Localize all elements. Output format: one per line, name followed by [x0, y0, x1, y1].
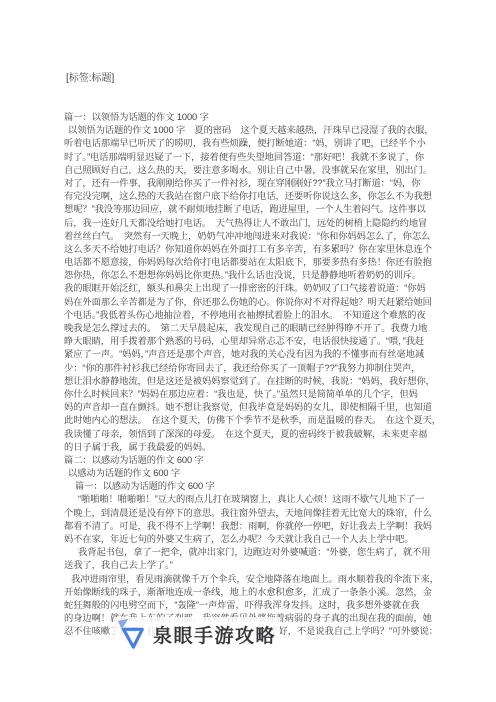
quanyan-logo-icon	[116, 618, 146, 650]
text-line: 这么多天不给她打电话？你知道你妈妈在外面打工有多辛苦，有多累吗？你在家里休息连个	[64, 243, 440, 256]
text-line: 开始像断线的珠子，渐渐地连成一条线，地上的水愈积愈多，汇成了一条条小溪。忽然，金	[64, 586, 440, 599]
text-line: 我冲进雨帘里，看见雨滴就像千万个伞兵，安全地降落在地面上。雨水顺着我的伞流下来，	[64, 573, 440, 586]
section2-heading: 篇二：以感动为话题的作文 600 字	[64, 454, 440, 467]
text-line: 时了。”电话那端明显迟疑了一下，接着便有些失望地回答道：“那好吧！我就不多说了，…	[64, 151, 440, 164]
text-line: 想呢？”我没等那边回应，就不耐烦地挂断了电话，跑进屋里，一个人生着闷气。这件事以	[64, 203, 440, 216]
text-line: 有完没完啊，这么热的天我站在窗户底下给你打电话，还要听你说这么多，你怎么不为我想	[64, 190, 440, 203]
text-line: 个晚上，到清晨还是没有停下的意思。我往窗外望去，天地间像挂着无比宽大的珠帘，什么	[64, 507, 440, 520]
tag-label: [标签:标题]	[66, 69, 114, 84]
text-line: 妈的声音却一直在颤抖。她不想让我察觉，但我毕竟是妈妈的女儿，即使相隔千里，也知道	[64, 401, 440, 414]
text-line: 想让泪水静静地流，但是这还是被妈妈察觉到了。在挂断的时候，我说：“妈妈，我好想你…	[64, 375, 440, 388]
text-line: 少：“你的那件衬衫我已经给你寄回去了，我还给你买了一顶帽子??”我努力抑制住哭声…	[64, 362, 440, 375]
text-line: 你什么时候回来？”妈妈在那边应着：“我也是，快了。”虽然只是简简单单的几个字，但…	[64, 388, 440, 401]
watermark-text: 泉眼手游攻略	[153, 621, 276, 648]
text-line: 妈在外面那么辛苦都是为了你，你还那么伤她的心。你说你对不对得起她？明天赶紧给她回	[64, 296, 440, 309]
text-line: “啪啪啪！啪啪啪！”豆大的雨点儿打在玻璃窗上，真让人心烦！这雨不歇气儿地下了一	[64, 493, 440, 506]
text-line: 我读懂了母亲，领悟到了深深的母爱。 在这个夏天，夏的密码终于被我破解，未来更幸福	[64, 428, 440, 441]
text-line: 自己照顾好自己，这么热的天，要注意多喝水。别让自己中暑，没事就呆在家里，别出门。	[64, 164, 440, 177]
section1-heading: 篇一：以领悟为话题的作文 1000 字	[64, 111, 440, 124]
section2-subheading: 以感动为话题的作文 600 字	[64, 467, 440, 480]
text-line: 我背起书包，拿了一把伞，就冲出家门，边跑边对外婆喊道：“外婆，您生病了，就不用	[64, 546, 440, 559]
text-line: 怨你热，你怎么不想想你妈妈比你更热。”我什么话也没说，只是静静地听着奶奶的训斥。	[64, 269, 440, 282]
text-line: 送我了，我自己去上学了。”	[64, 559, 440, 572]
text-line: 对了，还有一件事，我刚刚给你买了一件衬衫，现在穿刚刚好??”我立马打断道：“妈，…	[64, 177, 440, 190]
document-body: 篇一：以领悟为话题的作文 1000 字 以领悟为话题的作文 1000 字 夏的密…	[64, 111, 440, 639]
watermark: 泉眼手游攻略	[114, 617, 280, 651]
text-line: 妈不在家，年近七旬的外婆又生病了，怎么办呢？今天就让我自己一个人去上学中吧。	[64, 533, 440, 546]
text-line: 个电话。”我低着头伤心地抽泣着，不停地用衣袖擦拭着脸上的泪水。 不知道这个难熬的…	[64, 309, 440, 322]
text-line: 紧应了一声。“妈妈，”声音还是那个声音，她对我的关心没有因为我的不懂事而有丝毫地…	[64, 348, 440, 361]
text-line: 后，我一连好几天都没给她打电话。 天气热得让人不敢出门，远处的树梢上隐隐约约地冒	[64, 217, 440, 230]
text-line: 以领悟为话题的作文 1000 字 夏的密码 这个夏天越来越热，汗珠早已浸湿了我的…	[64, 124, 440, 137]
text-line: 晚我是怎么撑过去的。 第二天早晨起床，我发现自己的眼睛已经肿得睁不开了。我费力地	[64, 322, 440, 335]
text-line: 听着电话那端早已听厌了的唠叨，我有些烦躁，便打断她道：“妈，别讲了吧，已经半个小	[64, 137, 440, 150]
text-line: 的日子属于我，属于我最爱的妈妈。	[64, 441, 440, 454]
text-line: 蛇狂舞般的闪电劈空而下，“轰隆”一声炸雷，吓得我浑身发抖。这时，我多想外婆就在我	[64, 599, 440, 612]
text-line: 我的眼眶开始泛红，额头和鼻尖上出现了一排密密的汗珠。奶奶叹了口气接着说道：“你妈	[64, 282, 440, 295]
text-line: 此时她内心的想法。 在这个夏天，仿佛下个季节不是秋季，而是温暖的春天。 在这个夏…	[64, 414, 440, 427]
text-line: 都看不清了。可是，我不得不上学啊！我想：雨啊，你就停一停吧，好让我去上学啊！我妈	[64, 520, 440, 533]
text-line: 睁大眼睛，用手拨着那个熟悉的号码，心里却异常忐忑不安，电话很快接通了。“喂，”我…	[64, 335, 440, 348]
text-line: 电话都不愿意接，你妈妈每次给你打电话都要站在太阳底下，那要多热有多热！你还有脸抱	[64, 256, 440, 269]
text-line: 着丝丝白气。 突然有一天晚上，奶奶气冲冲地闯进来对我说：“你和你妈妈怎么了，你怎…	[64, 230, 440, 243]
section2-subheading2: 篇一：以感动为话题的作文 600 字	[64, 480, 440, 493]
